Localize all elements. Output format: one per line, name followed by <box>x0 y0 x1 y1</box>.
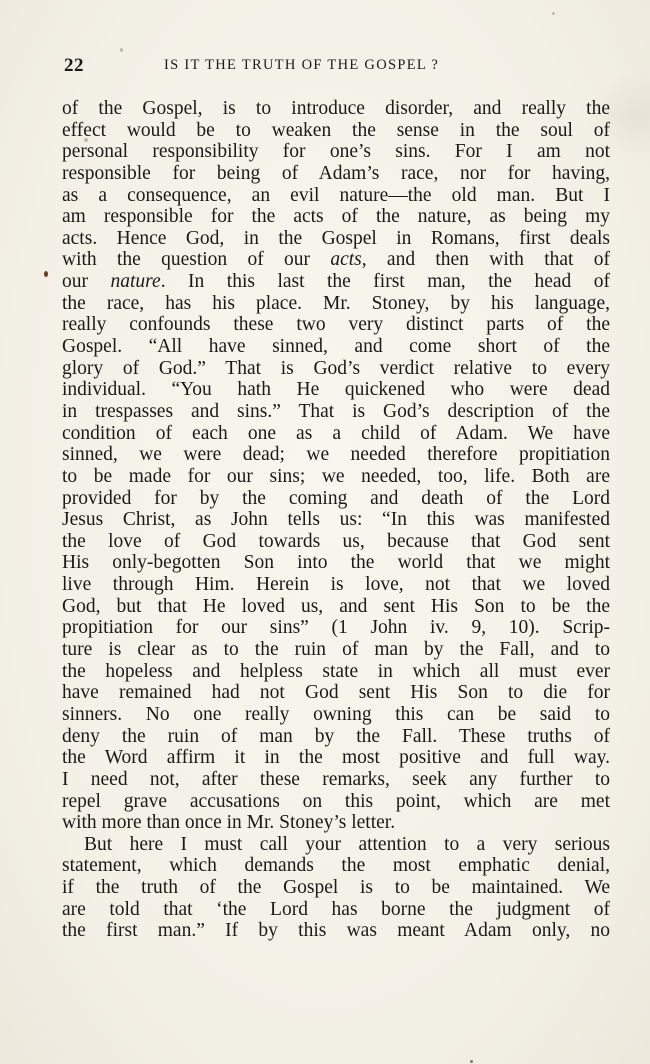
margin-ink-mark <box>44 271 48 277</box>
text-line: I need not, after these remarks, seek an… <box>62 769 610 791</box>
paragraph-start-line: But here I must call your attention to a… <box>62 834 610 856</box>
text-line: statement, which demands the most emphat… <box>62 855 610 877</box>
book-page: 22 IS IT THE TRUTH OF THE GOSPEL ? of th… <box>0 0 650 1064</box>
text-line: have remained had not God sent His Son t… <box>62 682 610 704</box>
text-line: personal responsibility for one’s sins. … <box>62 141 610 163</box>
text-line-with-italic: with the question of our acts, and then … <box>62 249 610 271</box>
text-line: live through Him. Herein is love, not th… <box>62 574 610 596</box>
italic-emphasis: nature <box>110 271 160 292</box>
text-line: as a consequence, an evil nature—the old… <box>62 185 610 207</box>
body-text: of the Gospel, is to introduce disorder,… <box>62 98 610 942</box>
text-line: ture is clear as to the ruin of man by t… <box>62 639 610 661</box>
running-title: IS IT THE TRUTH OF THE GOSPEL ? <box>164 57 439 74</box>
text-line: condition of each one as a child of Adam… <box>62 423 610 445</box>
text-line: in trespasses and sins.” That is God’s d… <box>62 401 610 423</box>
text-line: the race, has his place. Mr. Stoney, by … <box>62 293 610 315</box>
running-head: 22 IS IT THE TRUTH OF THE GOSPEL ? <box>64 55 614 81</box>
text-line: the first man.” If by this was meant Ada… <box>62 920 610 942</box>
text-line: the Word affirm it in the most positive … <box>62 747 610 769</box>
text-line: sinners. No one really owning this can b… <box>62 704 610 726</box>
text-line: sinned, we were dead; we needed therefor… <box>62 444 610 466</box>
text-line: effect would be to weaken the sense in t… <box>62 120 610 142</box>
text-line: Gospel. “All have sinned, and come short… <box>62 336 610 358</box>
scan-speck <box>552 12 555 15</box>
text-line: the love of God towards us, because that… <box>62 531 610 553</box>
text-line: responsible for being of Adam’s race, no… <box>62 163 610 185</box>
text-line: am responsible for the acts of the natur… <box>62 206 610 228</box>
text-line: God, but that He loved us, and sent His … <box>62 596 610 618</box>
text-line: repel grave accusations on this point, w… <box>62 791 610 813</box>
text-line: glory of God.” That is God’s verdict rel… <box>62 358 610 380</box>
scan-speck <box>470 1060 473 1063</box>
text-line: are told that ‘the Lord has borne the ju… <box>62 899 610 921</box>
page-number: 22 <box>64 55 84 77</box>
text-line: the hopeless and helpless state in which… <box>62 661 610 683</box>
text-line: of the Gospel, is to introduce disorder,… <box>62 98 610 120</box>
text-line: individual. “You hath He quickened who w… <box>62 379 610 401</box>
text-line: His only-begotten Son into the world tha… <box>62 552 610 574</box>
text-line-with-italic: our nature. In this last the first man, … <box>62 271 610 293</box>
text-line: really confounds these two very distinct… <box>62 314 610 336</box>
text-line: provided for by the coming and death of … <box>62 488 610 510</box>
text-line: propitiation for our sins” (1 John iv. 9… <box>62 617 610 639</box>
text-line: if the truth of the Gospel is to be main… <box>62 877 610 899</box>
scan-speck <box>120 48 123 52</box>
text-line: to be made for our sins; we needed, too,… <box>62 466 610 488</box>
text-line: deny the ruin of man by the Fall. These … <box>62 726 610 748</box>
text-line: acts. Hence God, in the Gospel in Romans… <box>62 228 610 250</box>
italic-emphasis: acts <box>330 249 361 270</box>
paragraph-end-line: with more than once in Mr. Stoney’s lett… <box>62 812 610 834</box>
text-line: Jesus Christ, as John tells us: “In this… <box>62 509 610 531</box>
